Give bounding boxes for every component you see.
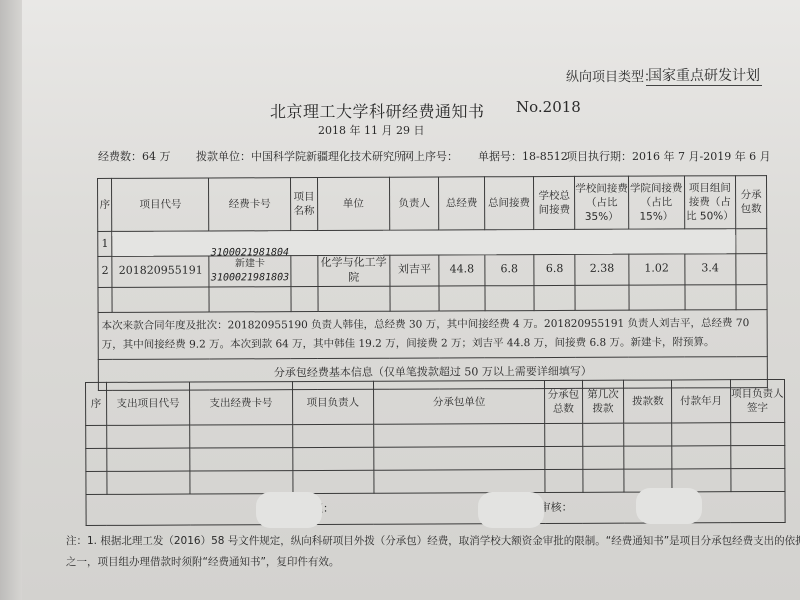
sub-header-card-no: 支出经费卡号 <box>190 382 292 425</box>
project-type-label: 纵向项目类型： <box>566 66 657 85</box>
sub-header-seq: 序 <box>86 382 107 425</box>
redacted-row-cells: 3100021981804 <box>112 229 736 257</box>
cell-sub <box>736 229 767 254</box>
sub-header-project-code: 支出项目代号 <box>106 382 190 425</box>
funding-notice-document: 纵向项目类型： 国家重点研发计划 北京理工大学科研经费通知书 No.2018 2… <box>0 0 800 600</box>
cell-project-name <box>291 256 318 287</box>
header-total: 总经费 <box>439 177 485 230</box>
table-header-row: 序 项目代号 经费卡号 项目名称 单位 负责人 总经费 总间接费 学校总间接费 … <box>98 176 767 232</box>
execution-period: 项目执行期：2016 年 7 月-2019 年 6 月 <box>566 148 771 164</box>
card-note: 新建卡 <box>210 258 291 272</box>
header-seq: 序 <box>98 178 113 231</box>
cell-group: 3.4 <box>684 254 736 285</box>
header-subcontract-count: 分承包数 <box>736 176 767 229</box>
payer-unit: 拨款单位：中国科学院新疆理化技术研究所 <box>196 148 405 164</box>
footnote-line-2: 之一，项目组办理借款时须附“经费通知书”，复印件有效。 <box>66 554 339 569</box>
table-row <box>86 445 785 471</box>
remarks-row: 本次来款合同年度及批次：201820955190 负责人韩佳，总经费 30 万，… <box>98 309 767 359</box>
cell-card-no: 新建卡 3100021981803 <box>209 256 291 287</box>
cell-unit: 化学与化工学院 <box>318 255 390 286</box>
sub-header-amount: 拨款数 <box>624 380 672 423</box>
cell-leader: 刘吉平 <box>390 255 440 286</box>
header-unit: 单位 <box>317 177 389 230</box>
subcontract-header-row: 序 支出项目代号 支出经费卡号 项目负责人 分承包单位 分承包总数 第几次拨款 … <box>86 379 785 425</box>
redacted-signature-audit <box>478 492 544 528</box>
header-indirect: 总间接费 <box>484 177 534 230</box>
cell-total: 44.8 <box>439 255 484 286</box>
sub-header-unit: 分承包单位 <box>373 380 544 424</box>
cell-sub <box>736 254 767 285</box>
header-card-no: 经费卡号 <box>209 178 291 231</box>
header-group-indirect: 项目组间接费（占比 50%） <box>684 176 736 229</box>
cell-college: 1.02 <box>629 254 685 285</box>
cell-school-total: 6.8 <box>534 254 575 285</box>
header-college-indirect: 学院间接费（占比 15%） <box>628 176 684 229</box>
handwritten-card-number: 3100021981803 <box>210 271 291 285</box>
cell-project-code: 201820955191 <box>112 256 209 287</box>
document-number: No.2018 <box>516 98 581 116</box>
header-school-total-indirect: 学校总间接费 <box>534 176 575 229</box>
project-type-value: 国家重点研发计划 <box>646 65 762 86</box>
table-row <box>98 284 767 312</box>
cell-seq: 1 <box>98 231 113 256</box>
remarks-text: 本次来款合同年度及批次：201820955190 负责人韩佳，总经费 30 万，… <box>98 309 767 359</box>
document-title: 北京理工大学科研经费通知书 <box>270 99 485 122</box>
header-project-code: 项目代号 <box>112 178 209 231</box>
cell-school: 2.38 <box>575 254 629 285</box>
sub-header-signature: 项目负责人签字 <box>730 379 784 422</box>
handwritten-card-number: 3100021981804 <box>211 246 289 260</box>
header-school-indirect: 学校间接费（占比 35%） <box>575 176 629 229</box>
cell-indirect: 6.8 <box>484 255 534 286</box>
header-leader: 负责人 <box>389 177 439 230</box>
funding-amount: 经费数：64 万 <box>98 148 171 164</box>
footnote-line-1: 注：1. 根据北理工发（2016）58 号文件规定，纵向科研项目外拨（分承包）经… <box>66 533 800 548</box>
sub-header-pay-date: 付款年月 <box>672 380 731 423</box>
document-date: 2018 年 11 月 29 日 <box>318 122 424 138</box>
sub-header-leader: 项目负责人 <box>292 381 374 424</box>
table-row <box>86 422 785 448</box>
table-row: 1 3100021981804 <box>98 229 767 257</box>
receipt-number: 单据号：18-8512 <box>478 148 568 164</box>
header-project-name: 项目名称 <box>290 178 317 231</box>
audit-label: 审核： <box>540 500 573 513</box>
sub-header-total: 分承包总数 <box>545 380 583 423</box>
cell-seq: 2 <box>98 256 113 287</box>
redacted-signature-project <box>256 492 322 528</box>
online-serial: 网上序号： <box>403 148 458 164</box>
redacted-signature-fund <box>636 488 702 524</box>
sub-header-installment: 第几次拨款 <box>582 380 624 423</box>
main-funding-table: 序 项目代号 经费卡号 项目名称 单位 负责人 总经费 总间接费 学校总间接费 … <box>97 175 768 391</box>
table-row: 2 201820955191 新建卡 3100021981803 化学与化工学院… <box>98 254 767 288</box>
